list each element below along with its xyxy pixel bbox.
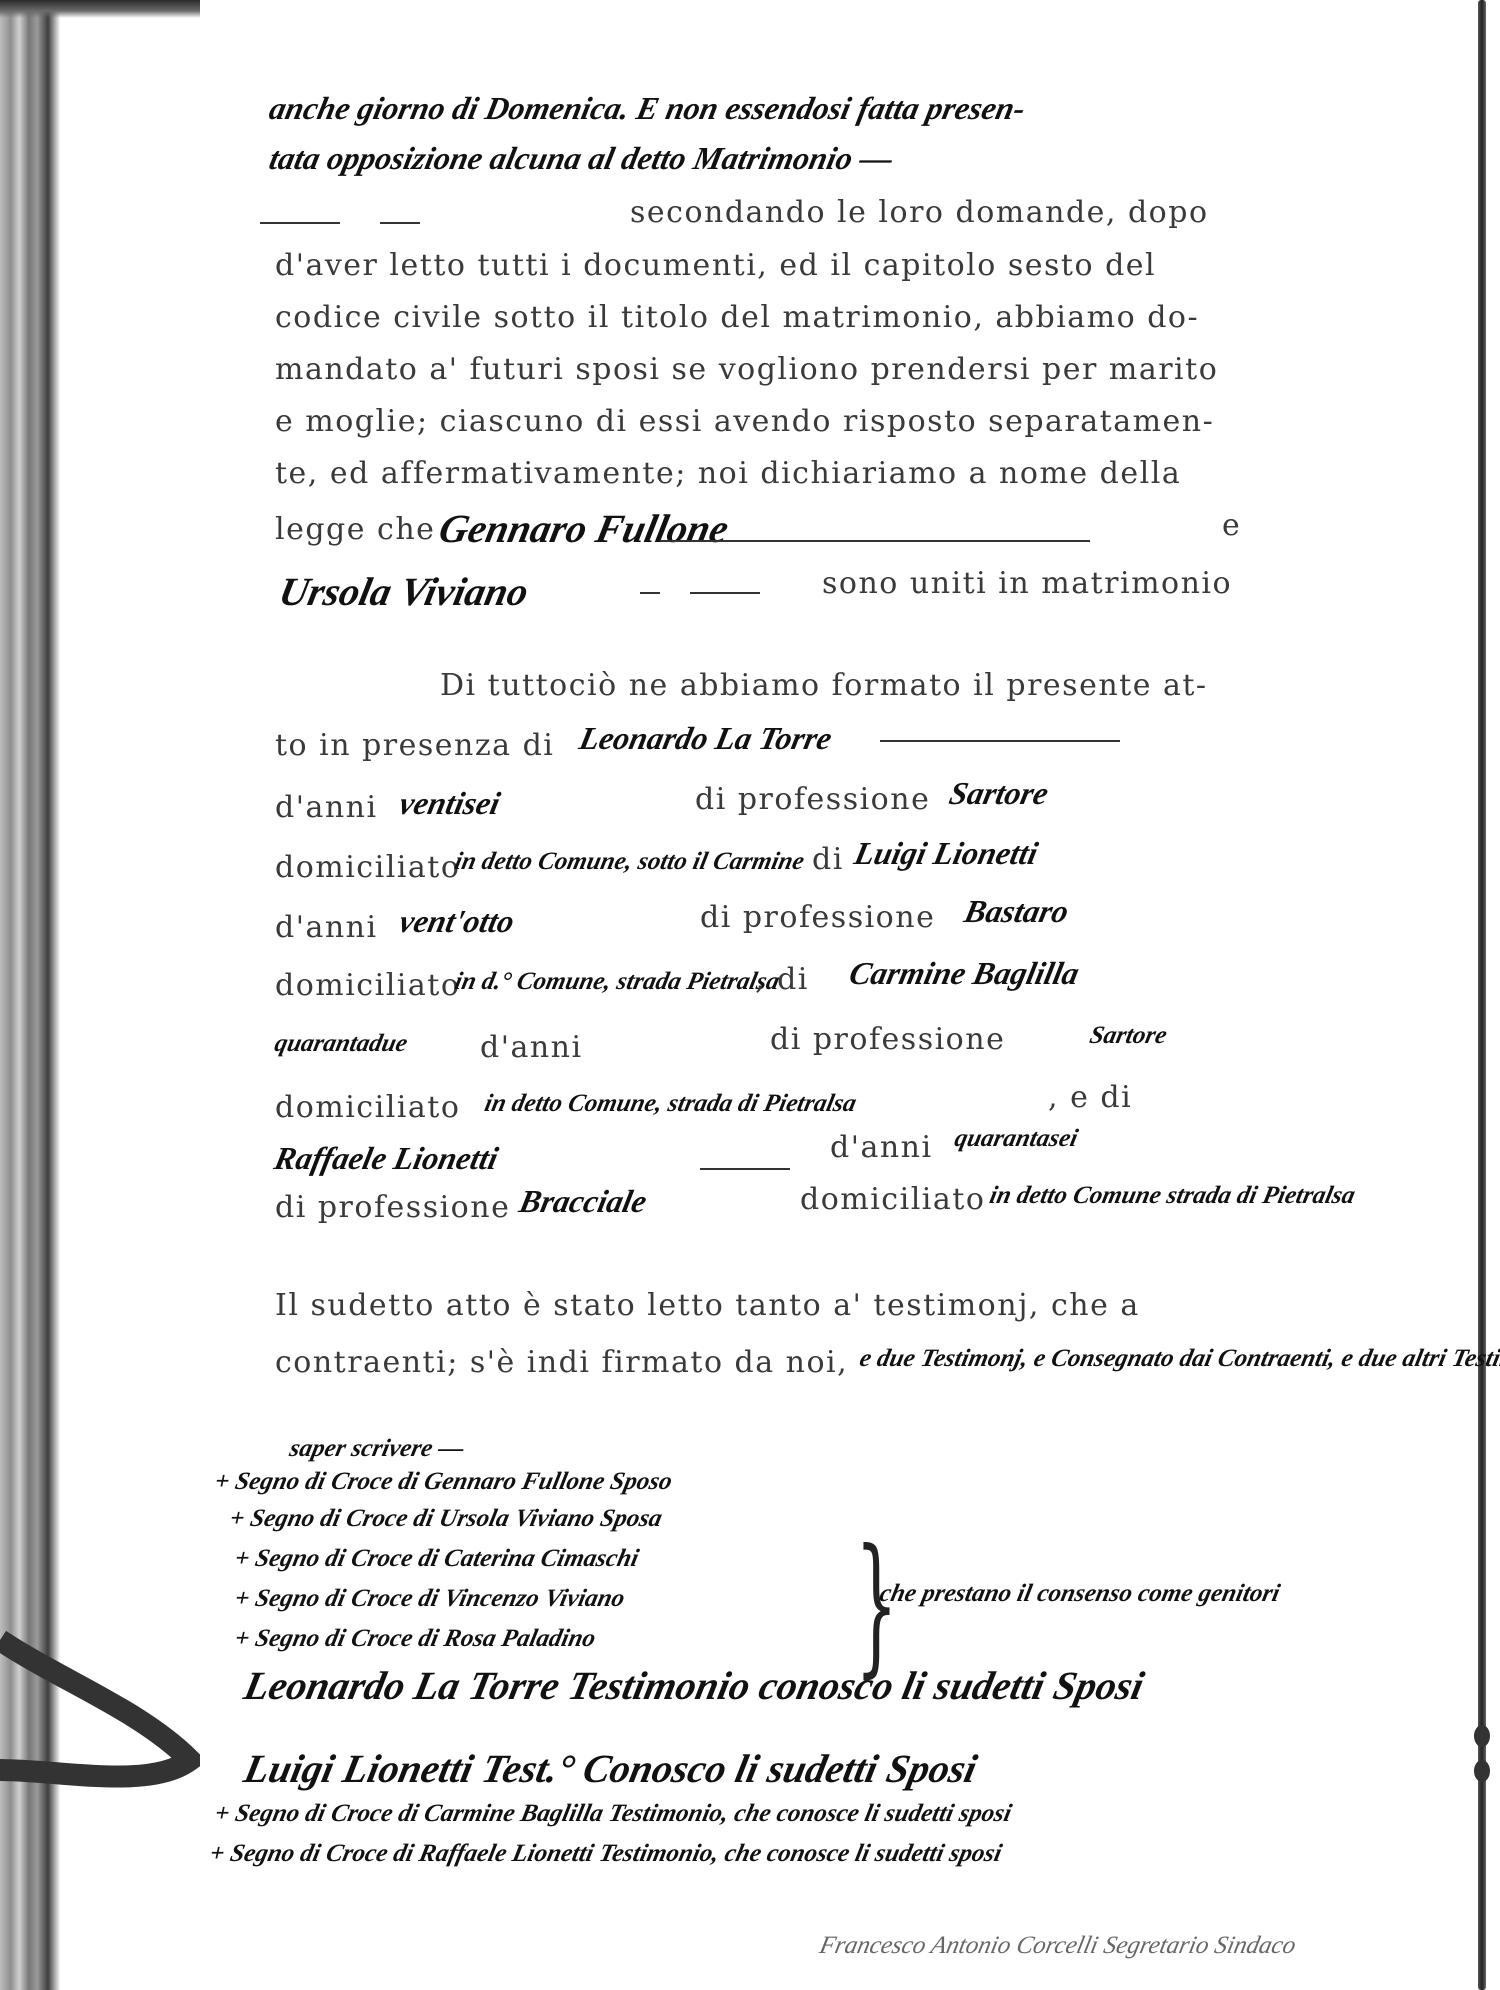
fill-rule <box>700 1168 790 1170</box>
handwritten-line: tata opposizione alcuna al detto Matrimo… <box>266 140 896 177</box>
printed-line: secondando le loro domande, dopo <box>630 195 1209 230</box>
printed-line: sono uniti in matrimonio <box>822 566 1232 601</box>
witness-name: Luigi Lionetti <box>851 835 1041 872</box>
fill-rule <box>260 222 340 224</box>
printed-line: di <box>812 842 844 877</box>
printed-line: d'anni <box>480 1030 583 1065</box>
witness-age: ventisei <box>396 785 503 822</box>
fill-rule <box>640 592 660 594</box>
printed-line: e <box>1222 508 1241 543</box>
printed-line: , e di <box>1048 1080 1132 1115</box>
witness-profession: Sartore <box>1087 1022 1169 1050</box>
paper-clip-shadow <box>0 1620 200 1850</box>
scanned-page: anche giorno di Domenica. E non essendos… <box>0 0 1500 1990</box>
fill-rule <box>660 540 1090 542</box>
cross-signature: + Segno di Croce di Ursola Viviano Sposa <box>227 1505 665 1533</box>
handwritten-line: saper scrivere — <box>287 1435 467 1463</box>
page-top-shadow <box>0 0 200 18</box>
printed-line: d'anni <box>830 1130 933 1165</box>
cross-signature: + Segno di Croce di Raffaele Lionetti Te… <box>207 1840 1004 1868</box>
witness-name: Raffaele Lionetti <box>271 1140 501 1177</box>
cross-signature: + Segno di Croce di Vincenzo Viviano <box>232 1585 627 1613</box>
printed-line: to in presenza di <box>275 728 554 763</box>
printed-line: di professione <box>700 900 935 935</box>
printed-line: di professione <box>695 782 930 817</box>
printed-line: d'anni <box>275 910 378 945</box>
fill-rule <box>380 222 420 224</box>
cross-signature: + Segno di Croce di Caterina Cimaschi <box>232 1545 641 1573</box>
printed-line: mandato a' futuri sposi se vogliono pren… <box>275 352 1218 387</box>
handwritten-line: e due Testimonj, e Consegnato dai Contra… <box>857 1345 1500 1373</box>
groom-name: Gennaro Fullone <box>435 505 733 552</box>
witness-profession: Sartore <box>946 775 1052 812</box>
binding-knot <box>1474 1725 1490 1747</box>
printed-line: di professione <box>275 1190 510 1225</box>
official-signature: Francesco Antonio Corcelli Segretario Si… <box>817 1932 1298 1960</box>
witness-signature: Leonardo La Torre Testimonio conosco li … <box>240 1662 1148 1709</box>
witness-age: quarantasei <box>952 1125 1080 1153</box>
handwritten-line: anche giorno di Domenica. E non essendos… <box>266 90 1029 127</box>
printed-line: di professione <box>770 1022 1005 1057</box>
witness-domicile: in detto Comune strada di Pietralsa <box>987 1182 1358 1210</box>
binding-knot <box>1474 1760 1490 1782</box>
printed-line: d'anni <box>275 790 378 825</box>
printed-line: d'aver letto tutti i documenti, ed il ca… <box>275 248 1156 283</box>
printed-line: , di <box>755 962 809 997</box>
fill-rule <box>690 592 760 594</box>
printed-line: Il sudetto atto è stato letto tanto a' t… <box>275 1288 1140 1323</box>
printed-line: domiciliato <box>800 1182 985 1217</box>
printed-line: domiciliato <box>275 850 460 885</box>
witness-domicile: in detto Comune, strada di Pietralsa <box>482 1090 859 1118</box>
brace-note: che prestano il consenso come genitori <box>877 1580 1282 1608</box>
fill-rule <box>880 740 1120 742</box>
witness-age: quarantadue <box>272 1030 410 1058</box>
printed-line: e moglie; ciascuno di essi avendo rispos… <box>275 404 1214 439</box>
printed-line: contraenti; s'è indi firmato da noi, <box>275 1345 848 1380</box>
bride-name: Ursola Viviano <box>275 568 533 615</box>
book-binding-right <box>1478 0 1486 1990</box>
witness-domicile: in d.° Comune, strada Pietralsa <box>452 968 782 996</box>
cross-signature: + Segno di Croce di Rosa Paladino <box>232 1625 598 1653</box>
printed-line: domiciliato <box>275 968 460 1003</box>
witness-age: vent'otto <box>396 903 518 940</box>
cross-signature: + Segno di Croce di Carmine Baglilla Tes… <box>212 1800 1014 1828</box>
printed-line: legge che <box>275 512 435 547</box>
witness-name: Carmine Baglilla <box>846 955 1082 992</box>
printed-line: codice civile sotto il titolo del matrim… <box>275 300 1199 335</box>
witness-profession: Bastaro <box>961 893 1072 930</box>
witness-signature: Luigi Lionetti Test.° Conosco li sudetti… <box>240 1745 981 1792</box>
witness-name: Leonardo La Torre <box>576 720 835 757</box>
printed-line: te, ed affermativamente; noi dichiariamo… <box>275 456 1181 491</box>
witness-domicile: in detto Comune, sotto il Carmine <box>452 848 807 876</box>
printed-line: Di tuttociò ne abbiamo formato il presen… <box>440 668 1208 703</box>
cross-signature: + Segno di Croce di Gennaro Fullone Spos… <box>212 1468 675 1496</box>
printed-line: domiciliato <box>275 1090 460 1125</box>
witness-profession: Bracciale <box>516 1183 650 1220</box>
